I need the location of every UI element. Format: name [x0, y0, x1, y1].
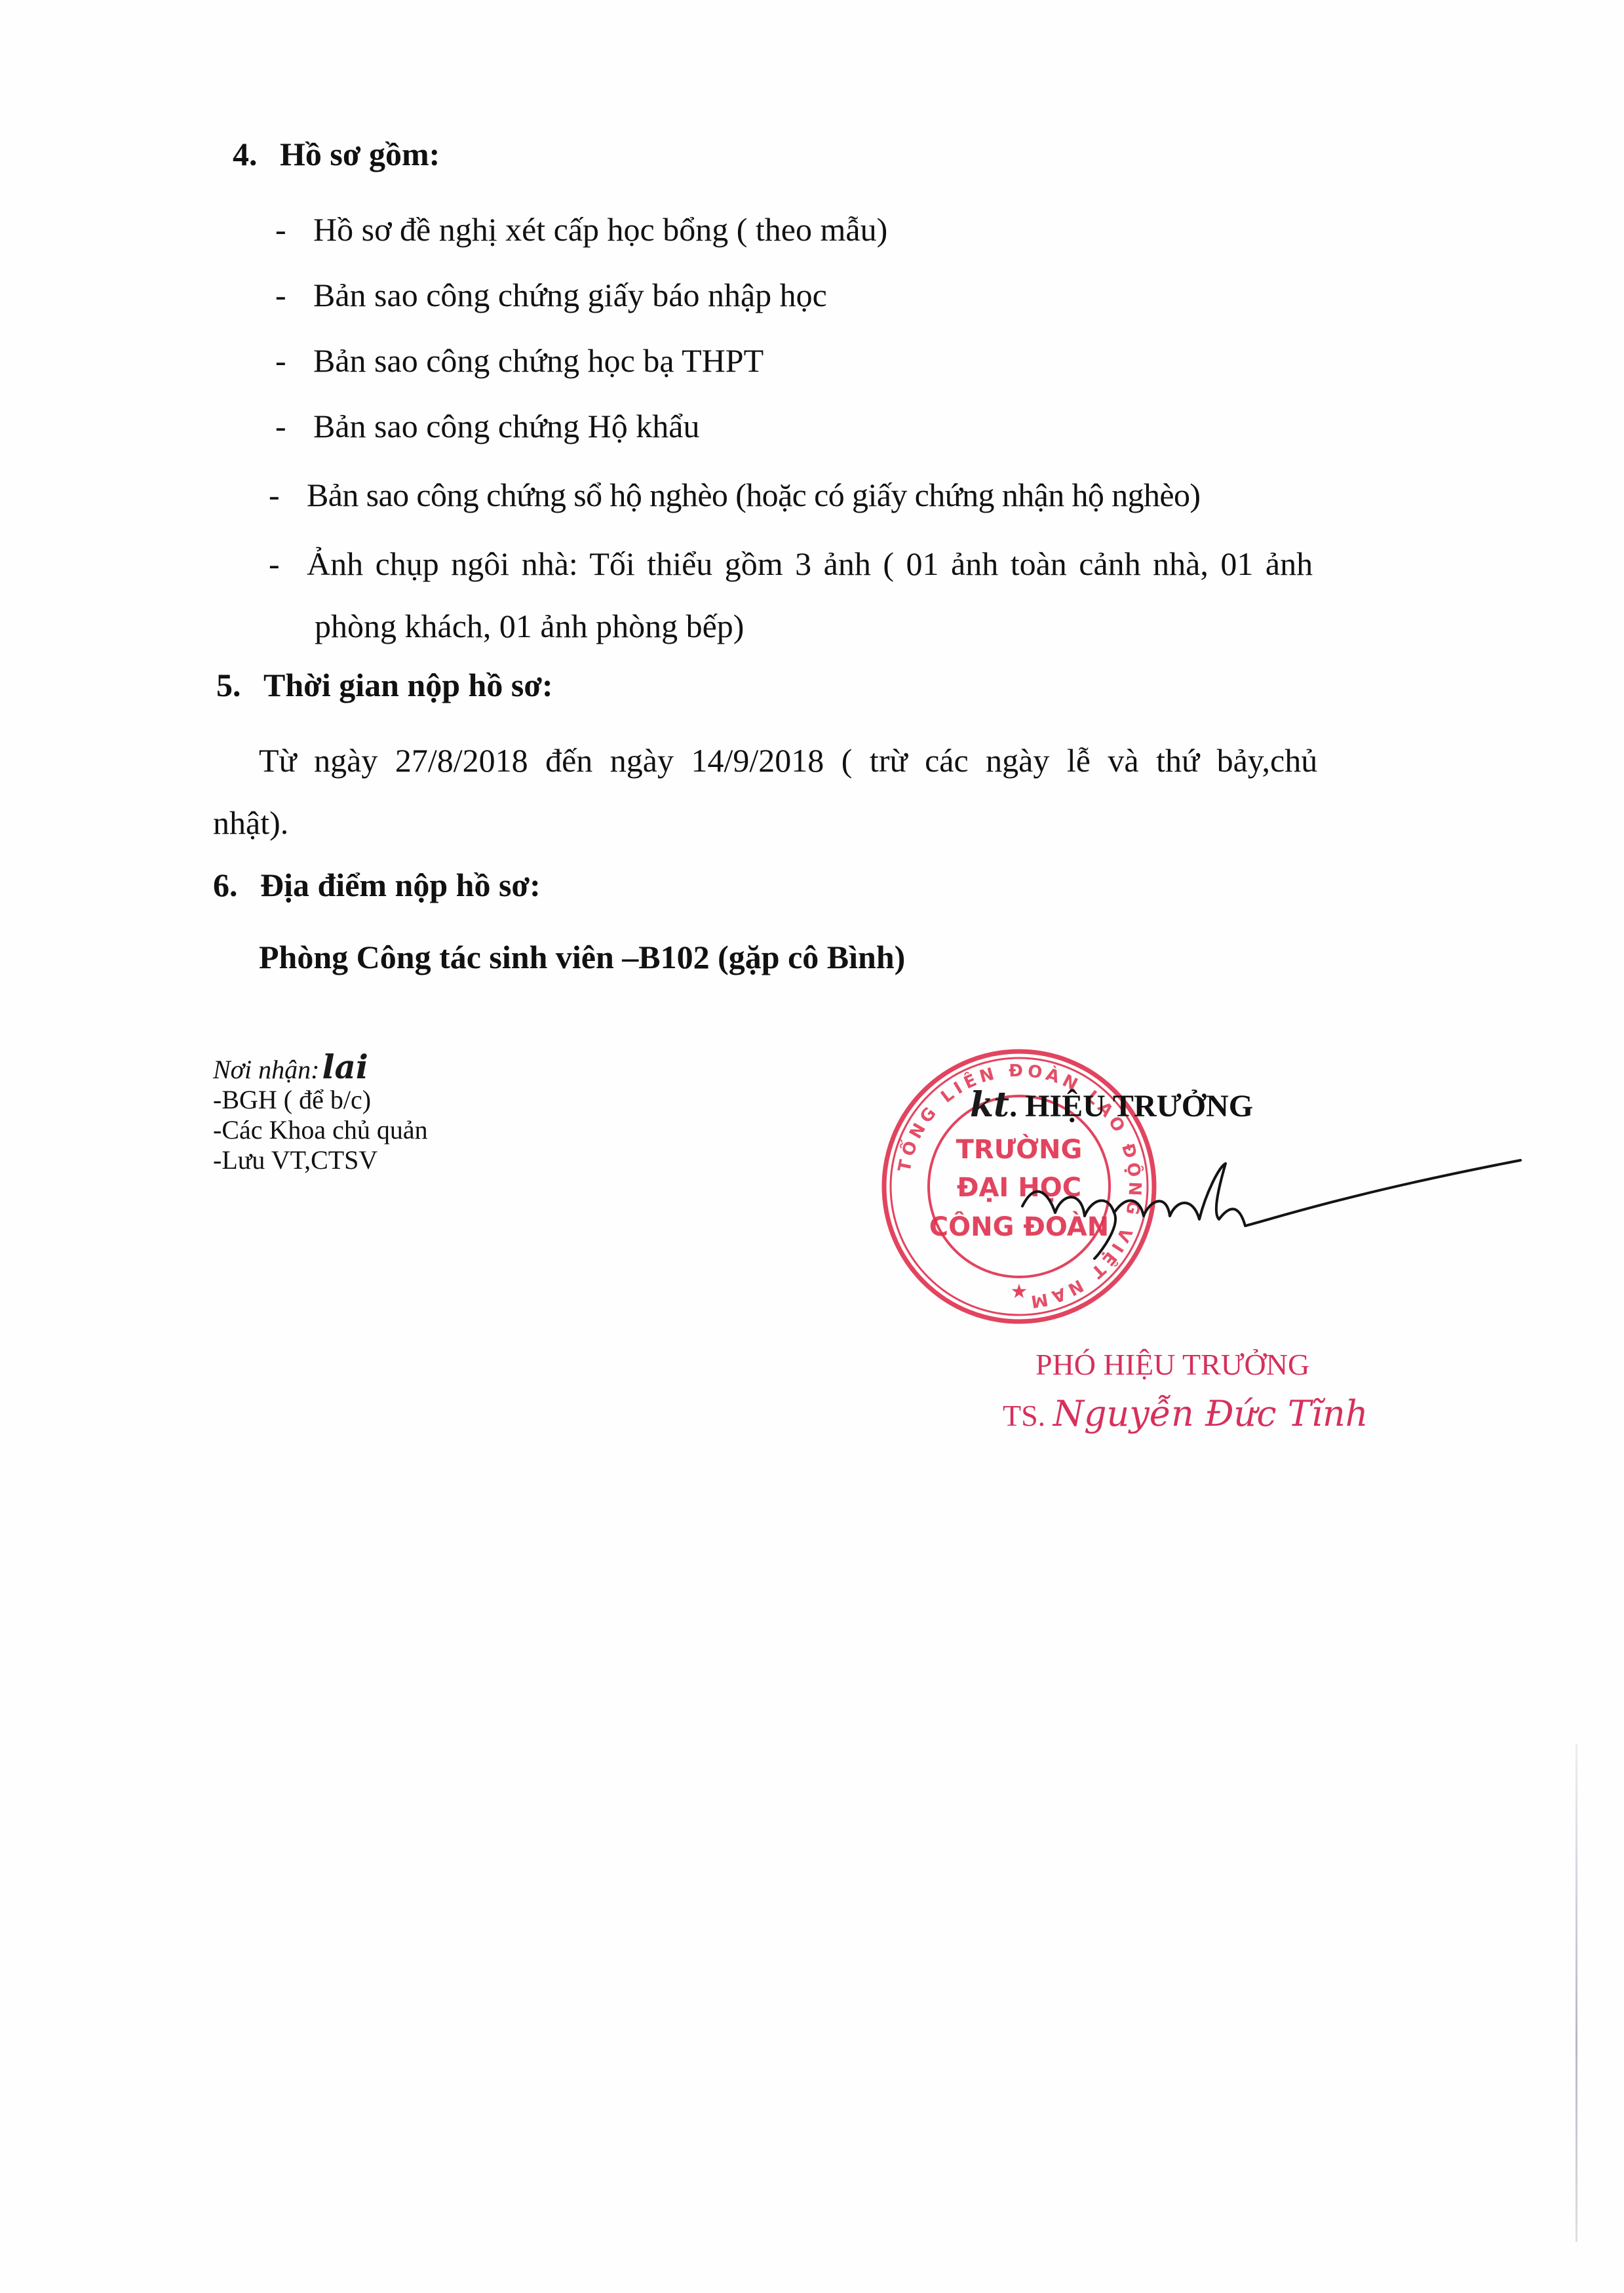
submission-location: Phòng Công tác sinh viên –B102 (gặp cô B…	[259, 937, 905, 977]
section-6-heading: 6.Địa điểm nộp hồ sơ:	[213, 865, 541, 905]
bullet-dash: -	[269, 544, 307, 583]
handwritten-kt-prefix: kt	[970, 1085, 1009, 1125]
list-item: -Ảnh chụp ngôi nhà: Tối thiểu gồm 3 ảnh …	[269, 544, 1313, 583]
section-5-number: 5.	[216, 665, 263, 705]
handwritten-signature	[1009, 1154, 1534, 1265]
list-item: -Bản sao công chứng giấy báo nhập học	[275, 275, 827, 315]
recipients-heading: Nơi nhận:lai	[213, 1052, 428, 1085]
signer-name-block: TS. Nguyễn Đức Tĩnh	[1003, 1393, 1368, 1434]
section-4-title: Hồ sơ gồm:	[280, 136, 440, 172]
section-4-heading: 4.Hồ sơ gồm:	[233, 134, 440, 174]
signer-name-prefix: TS.	[1003, 1399, 1045, 1432]
submission-period-line-2: nhật).	[213, 803, 288, 842]
signer-name: Nguyễn Đức Tĩnh	[1053, 1393, 1368, 1434]
bullet-dash: -	[275, 275, 313, 315]
bullet-dash: -	[275, 406, 313, 446]
bullet-dash: -	[269, 475, 307, 515]
signature-title: . HIỆU TRƯỞNG	[1009, 1089, 1253, 1124]
list-item: -Bản sao công chứng sổ hộ nghèo (hoặc có…	[269, 475, 1200, 515]
list-item: -Hồ sơ đề nghị xét cấp học bổng ( theo m…	[275, 210, 887, 249]
section-6-title: Địa điểm nộp hồ sơ:	[260, 867, 541, 903]
list-item: -Bản sao công chứng Hộ khẩu	[275, 406, 699, 446]
signature-title-block: kt. HIỆU TRƯỞNG	[970, 1085, 1253, 1125]
star-icon: ★	[1011, 1280, 1028, 1303]
section-5-title: Thời gian nộp hồ sơ:	[263, 667, 553, 703]
recipient-item: -Các Khoa chủ quản	[213, 1115, 428, 1145]
recipients-block: Nơi nhận:lai -BGH ( để b/c) -Các Khoa ch…	[213, 1052, 428, 1175]
scan-artifact-line	[1576, 1744, 1577, 2242]
recipient-item: -Lưu VT,CTSV	[213, 1145, 428, 1175]
list-item-continuation: phòng khách, 01 ảnh phòng bếp)	[315, 606, 744, 646]
bullet-dash: -	[275, 341, 313, 380]
submission-period-line-1: Từ ngày 27/8/2018 đến ngày 14/9/2018 ( t…	[259, 741, 1317, 780]
section-6-number: 6.	[213, 865, 260, 905]
document-page: 4.Hồ sơ gồm: -Hồ sơ đề nghị xét cấp học …	[0, 0, 1624, 2293]
handwritten-initials: lai	[322, 1048, 368, 1086]
recipient-item: -BGH ( để b/c)	[213, 1085, 428, 1115]
signer-position: PHÓ HIỆU TRƯỞNG	[1035, 1347, 1309, 1382]
recipients-title: Nơi nhận:	[213, 1055, 319, 1084]
section-4-number: 4.	[233, 134, 280, 174]
bullet-dash: -	[275, 210, 313, 249]
section-5-heading: 5.Thời gian nộp hồ sơ:	[216, 665, 553, 705]
list-item: -Bản sao công chứng học bạ THPT	[275, 341, 764, 380]
